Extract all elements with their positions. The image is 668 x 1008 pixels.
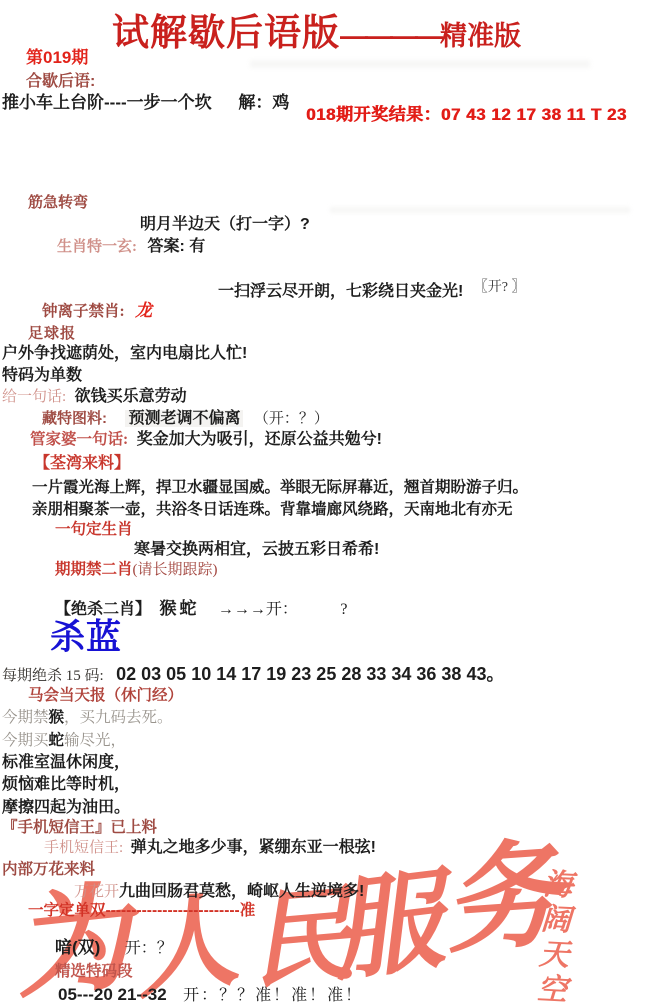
kill15-label: 每期绝杀 15 码: xyxy=(2,668,104,684)
housewife-text: 奖金加大为吸引，还原公益共勉兮! xyxy=(137,431,382,448)
sms-text: 弹丸之地多少事，紧绷东亚一根弦! xyxy=(131,839,376,856)
zhongli-ban-label: 钟离子禁肖: xyxy=(42,303,125,320)
dark-pick-open: 开：？ xyxy=(125,940,173,957)
verse-open-mark: 〖开? 〗 xyxy=(474,280,526,295)
hidden-tip-label: 藏特图料: xyxy=(42,410,107,427)
oddeven-line: 一字定单双--------------------------准 xyxy=(28,902,255,920)
ban-two-row: 期期禁二肖(请长期跟踪) xyxy=(55,561,218,579)
football-label: 足球报 xyxy=(28,325,76,342)
kill15-numbers: 02 03 05 10 14 17 19 23 25 28 33 34 36 3… xyxy=(116,664,504,684)
teaser-answer: 答案: 有 xyxy=(147,238,205,255)
segment-row: 05---20 21--32 开：？？准！准！准！ xyxy=(58,985,363,1005)
dark-pick-row: 喑(双) 开：？ xyxy=(55,938,173,958)
mahui-line5: 摩擦四起为油田。 xyxy=(2,799,130,817)
wanhua-text: 九曲回肠君莫愁，崎岖人生逆境多! xyxy=(119,883,364,900)
teaser-question: 明月半边天（打一字）? xyxy=(140,216,310,234)
riddle-text: 推小车上台阶----一步一个坎 xyxy=(2,93,212,112)
riddle-answer: 解：鸡 xyxy=(238,93,289,112)
hidden-tip-text: 预测老调不偏离 xyxy=(125,410,243,427)
mahui-line2-pre: 今期买 xyxy=(2,732,49,749)
football-line1: 户外争找遮荫处，室内电扇比人忙! xyxy=(2,345,247,363)
mahui-line2-key: 蛇 xyxy=(49,732,65,749)
phrase-text: 欲钱买乐意劳动 xyxy=(75,388,187,405)
phrase-row: 给一句话: 欲钱买乐意劳动 xyxy=(2,388,187,406)
mahui-line2: 今期买蛇输尽光， xyxy=(2,732,126,750)
housewife-label: 管家婆一句话: xyxy=(30,431,128,448)
page-title-main: 试解歇后语版 xyxy=(112,12,340,53)
sms-sender-label: 手机短信王: xyxy=(44,840,123,856)
inner-material-label: 内部万花来料 xyxy=(2,861,95,879)
hidden-tip-row: 藏特图料: 预测老调不偏离 （开：？） xyxy=(42,410,329,428)
mahui-line3: 标准室温休闲度， xyxy=(2,754,130,772)
issue-number: 第019期 xyxy=(26,48,88,68)
mahui-line1-pre: 今期禁 xyxy=(2,709,49,726)
verse-text: 一扫浮云尽开朗，七彩绕日夹金光! xyxy=(218,283,463,300)
hidden-tip-open: （开：？） xyxy=(254,411,329,427)
verse-row: 一扫浮云尽开朗，七彩绕日夹金光! 〖开? 〗 xyxy=(218,283,526,301)
mahui-line4: 烦恼难比等时机， xyxy=(2,776,130,794)
ban-two-label: 期期禁二肖 xyxy=(55,561,133,578)
page-title-dash: ———— xyxy=(340,20,440,51)
hexiehouyu-label: 合歇后语: xyxy=(26,73,95,91)
football-line2: 特码为单数 xyxy=(2,367,82,385)
quanwan-line2: 亲朋相聚茶一壶，共浴冬日话连珠。背靠墙廊风绕路，天南地北有亦无 xyxy=(32,501,513,519)
sms-king-label: 『手机短信王』已上料 xyxy=(2,819,157,837)
segment-open: 开：？？准！准！准！ xyxy=(183,987,363,1004)
scan-artifact xyxy=(330,207,630,213)
housewife-row: 管家婆一句话: 奖金加大为吸引，还原公益共勉兮! xyxy=(30,431,382,449)
wanhua-prefix: 万花开 xyxy=(74,884,119,900)
tip-sheet-page: 为 人 民 服 务 海阔天空 试解歇后语版————精准版 第019期 合歇后语:… xyxy=(0,0,668,1008)
quanwan-label: 【荃湾来料】 xyxy=(34,455,130,473)
juesha-open: ? xyxy=(340,601,347,618)
page-title-sub: 精准版 xyxy=(440,21,521,51)
juesha-animals: 猴蛇 xyxy=(159,599,199,618)
mahui-line1: 今期禁猴，买九码去死。 xyxy=(2,709,173,727)
fix-zodiac-text: 寒暑交换两相宜，云披五彩日希希! xyxy=(134,541,379,559)
teaser-label: 筋急转弯 xyxy=(28,194,88,211)
watermark-side-text: 海阔天空 xyxy=(532,867,569,1008)
fix-zodiac-label: 一句定生肖 xyxy=(55,521,133,539)
quanwan-line1: 一片霞光海上辉，捍卫水疆显国威。举眼无际屏幕近，翘首期盼游子归。 xyxy=(32,479,528,497)
dark-pick: 喑(双) xyxy=(55,938,100,957)
segment-range: 05---20 21--32 xyxy=(58,985,167,1004)
juesha-row: 【绝杀二肖】 猴蛇 →→→开： ? xyxy=(55,599,348,619)
teaser-answer-label: 生肖特一玄: xyxy=(57,239,137,255)
scan-artifact xyxy=(250,60,590,68)
teaser-answer-row: 生肖特一玄: 答案: 有 xyxy=(57,238,205,256)
phrase-label: 给一句话: xyxy=(2,389,66,405)
riddle-line: 推小车上台阶----一步一个坎 解：鸡 xyxy=(2,93,289,113)
page-title: 试解歇后语版————精准版 xyxy=(112,12,521,55)
mahui-line2-post: 输尽光， xyxy=(64,732,126,749)
zhongli-ban-value: 龙 xyxy=(135,301,152,320)
ban-two-note: (请长期跟踪) xyxy=(133,562,218,578)
mahui-line1-key: 猴 xyxy=(49,709,65,726)
kill15-row: 每期绝杀 15 码: 02 03 05 10 14 17 19 23 25 28… xyxy=(2,664,504,685)
sms-king-row: 手机短信王: 弹丸之地多少事，紧绷东亚一根弦! xyxy=(44,839,376,857)
wanhua-row: 万花开九曲回肠君莫愁，崎岖人生逆境多! xyxy=(74,883,364,901)
segment-label: 精选特码段 xyxy=(55,963,133,981)
mahui-line1-post: ，买九码去死。 xyxy=(64,709,173,726)
mahui-label: 马会当天报（休门经） xyxy=(28,687,183,705)
previous-draw-result: 018期开奖结果：07 43 12 17 38 11 T 23 xyxy=(306,105,627,125)
juesha-arrows: →→→开： xyxy=(218,601,298,618)
zhongli-ban-row: 钟离子禁肖: 龙 xyxy=(42,301,152,321)
kill-blue-text: 杀蓝 xyxy=(50,618,122,658)
juesha-label: 【绝杀二肖】 xyxy=(55,601,151,618)
